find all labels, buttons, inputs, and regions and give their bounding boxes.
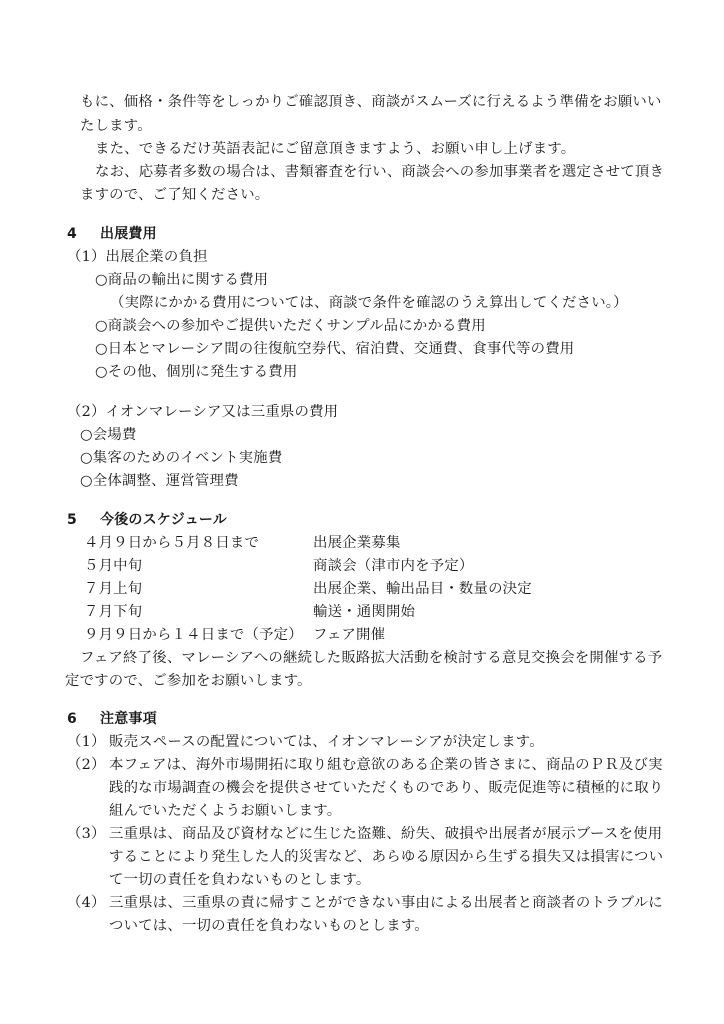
- schedule-event-4: 輸送・通関開始: [313, 602, 415, 622]
- notice-3-line-2: することにより発生した人的災害など、あらゆる原因から生ずる損失又は損害につい: [109, 847, 663, 867]
- schedule-event-2: 商談会（津市内を予定）: [313, 556, 474, 576]
- notice-2-line-3: 組んでいただくようお願いします。: [109, 801, 341, 821]
- schedule-event-1: 出展企業募集: [313, 533, 401, 553]
- schedule-date-2: ５月中旬: [84, 556, 142, 576]
- section4-sub1-item-1-note: （実際にかかる費用については、商談で条件を確認のうえ算出してください。）: [110, 293, 628, 313]
- schedule-date-1: ４月９日から５月８日まで: [84, 533, 259, 553]
- section4-number: 4: [67, 226, 77, 242]
- schedule-event-3: 出展企業、輸出品目・数量の決定: [313, 579, 532, 599]
- section4-sub2-item-2: ○集客のためのイベント実施費: [80, 448, 282, 468]
- notice-4-line-2: ついては、一切の責任を負わないものとします。: [109, 916, 429, 936]
- section4-sub2-label: （2）イオンマレーシア又は三重県の費用: [67, 402, 338, 422]
- section4-title: 出展費用: [100, 226, 157, 242]
- section4-sub2-item-1: ○会場費: [80, 425, 137, 445]
- intro-line-3: また、できるだけ英語表記にご留意頂きますよう、お願い申し上げます。: [95, 139, 575, 159]
- notice-2-label: （2）: [67, 755, 106, 775]
- schedule-date-3: ７月上旬: [84, 579, 142, 599]
- notice-2-line-1: 本フェアは、海外市場開拓に取り組む意欲のある企業の皆さまに、商品のＰＲ及び実: [109, 755, 663, 775]
- notice-3-line-1: 三重県は、商品及び資材などに生じた盗難、紛失、破損や出展者が展示ブースを使用: [109, 824, 662, 844]
- section4-sub1-label: （1）出展企業の負担: [67, 247, 208, 267]
- intro-line-5: ますので、ご了知ください。: [80, 185, 269, 205]
- notice-2-line-2: 践的な市場調査の機会を提供させていただくものであり、販売促進等に積極的に取り: [109, 778, 663, 798]
- intro-line-4: なお、応募者多数の場合は、書類審査を行い、商談会への参加事業者を選定させて頂き: [95, 162, 664, 182]
- section5-number: 5: [67, 512, 77, 528]
- section6-title: 注意事項: [100, 711, 157, 727]
- notice-1-line-1: 販売スペースの配置については、イオンマレーシアが決定します。: [109, 732, 544, 752]
- section4-sub1-item-3: ○日本とマレーシア間の往復航空券代、宿泊費、交通費、食事代等の費用: [95, 339, 574, 359]
- section4-heading: 4 出展費用: [67, 224, 157, 244]
- section4-sub1-item-4: ○その他、個別に発生する費用: [95, 362, 297, 382]
- section4-sub1-item-1: ○商品の輸出に関する費用: [95, 270, 268, 290]
- notice-3-line-3: て一切の責任を負わないものとします。: [109, 870, 370, 890]
- notice-4-line-1: 三重県は、三重県の責に帰すことができない事由による出展者と商談者のトラブルに: [109, 893, 663, 913]
- schedule-event-5: フェア開催: [313, 625, 385, 645]
- section4-sub2-item-3: ○全体調整、運営管理費: [80, 471, 239, 491]
- notice-1-label: （1）: [67, 732, 106, 752]
- section5-note-line-1: フェア終了後、マレーシアへの継続した販路拡大活動を検討する意見交換会を開催する予: [80, 648, 662, 668]
- schedule-date-5: ９月９日から１４日まで（予定）: [84, 625, 303, 645]
- schedule-date-4: ７月下旬: [84, 602, 142, 622]
- section6-number: 6: [67, 711, 77, 727]
- section5-heading: 5 今後のスケジュール: [67, 510, 227, 530]
- intro-line-1: もに、価格・条件等をしっかりご確認頂き、商談がスムーズに行えるよう準備をお願いい: [80, 92, 662, 112]
- section5-title: 今後のスケジュール: [100, 512, 227, 528]
- notice-3-label: （3）: [67, 824, 106, 844]
- section4-sub1-item-2: ○商談会への参加やご提供いただくサンプル品にかかる費用: [95, 316, 486, 336]
- section6-heading: 6 注意事項: [67, 709, 157, 729]
- section5-note-line-2: 定ですので、ご参加をお願いします。: [65, 671, 312, 691]
- notice-4-label: （4）: [67, 893, 106, 913]
- intro-line-2: たします。: [80, 116, 152, 136]
